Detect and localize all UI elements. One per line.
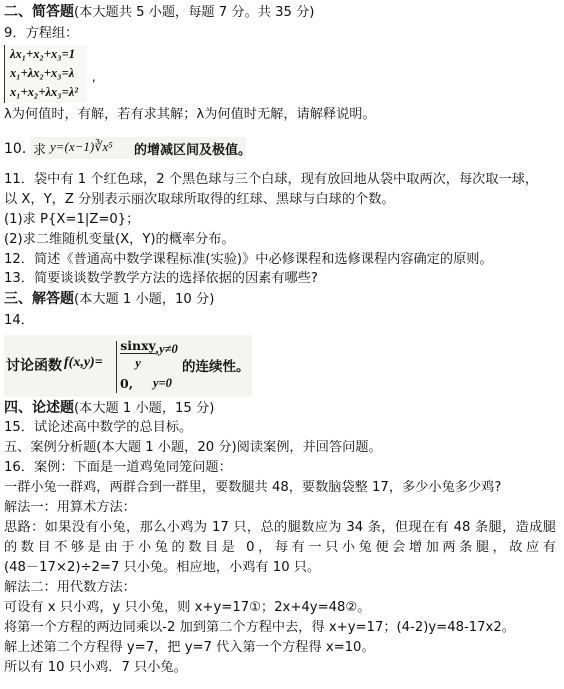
q9-equation-2: x₁+λx₂+x₃=λ	[10, 66, 74, 80]
section-2-title: 二、简答题	[4, 4, 74, 20]
section-2-header: 二、简答题(本大题共 5 小题，每题 7 分。共 35 分)	[4, 3, 314, 22]
q9-equation-3: x₁+x₂+λx₃=λ²	[10, 85, 78, 99]
q15-text: 15．试论述高中数学的总目标。	[4, 419, 192, 437]
q11-subquestion-2: (2)求二维随机变量(X，Y)的概率分布。	[4, 231, 235, 249]
section-3-note: (本大题 1 小题，10 分)	[74, 292, 214, 307]
q10-suffix: 的增减区间及极值。	[134, 139, 251, 158]
q14-numerator: sinxy	[120, 339, 156, 354]
q16-method-2-line-3: 解上述第二个方程得 y=7，把 y=7 代入第一个方程得 x=10。	[4, 639, 375, 657]
section-4-title: 四、论述题	[4, 400, 74, 416]
section-4-note: (本大题 1 小题，15 分)	[74, 401, 214, 416]
q16-problem: 一群小兔一群鸡，两群合到一群里，要数腿共 48，要数脑袋整 17，多少小兔多少鸡…	[4, 479, 501, 497]
q11-subquestion-1: (1)求 P{X=1|Z=0}；	[4, 211, 139, 229]
q14-suffix: 的连续性。	[182, 355, 250, 375]
q11-line-1: 11．袋中有 1 个红色球，2 个黑色球与三个白球，现有放回地从袋中取两次，每次…	[4, 171, 538, 189]
q16-intro: 16．案例：下面是一道鸡兔同笼问题：	[4, 459, 232, 477]
q14-case-2-condition: y=0	[153, 376, 172, 391]
q9-label: 9．方程组：	[4, 25, 78, 43]
q9-trailing-comma: ,	[92, 70, 96, 84]
q14-number: 14．	[4, 312, 34, 330]
q14-function-name: f(x,y)=	[64, 355, 103, 371]
q10-prefix: 求	[33, 139, 46, 158]
q12-text: 12．简述《普通高中数学课程标准(实验)》中必修课程和选修课程内容确定的原则。	[4, 251, 493, 269]
q16-method-1-line-3: (48－17×2)÷2=7 只小兔。相应地，小鸡有 10 只。	[4, 559, 320, 577]
q16-method-2-line-1: 可设有 x 只小鸡，y 只小兔，则 x+y=17①；2x+4y=48②。	[4, 599, 370, 617]
q14-case-1-condition: ,y≠0	[156, 342, 178, 357]
q9-equation-1: λx₁+x₂+x₃=1	[10, 47, 75, 61]
q16-method-1-title: 解法一：用算术方法：	[4, 499, 136, 517]
section-2-note: (本大题共 5 小题，每题 7 分。共 35 分)	[74, 5, 314, 20]
q16-method-2-title: 解法二：用代数方法：	[4, 579, 136, 597]
q14-case-2-value: 0,	[120, 376, 133, 391]
q11-line-2: 以 X，Y，Z 分别表示丽次取球所取得的红球、黑球与白球的个数。	[4, 191, 395, 209]
q14-brace	[116, 341, 117, 393]
q9-equation-system: λx₁+x₂+x₃=1 x₁+λx₂+x₃=λ x₁+x₂+λx₃=λ²	[4, 45, 87, 103]
section-3-title: 三、解答题	[4, 291, 74, 307]
q10-formula-image: 求 y=(x−1)∛x⁵ 的增减区间及极值。	[30, 137, 246, 159]
q9-question: λ为何值时，有解，若有求其解；λ为何值时无解，请解释说明。	[4, 106, 376, 124]
q14-function-image: 讨论函数 f(x,y)= sinxy y ,y≠0 0, y=0 的连续性。	[4, 335, 252, 397]
q13-text: 13．简要谈谈数学教学方法的选择依据的因素有哪些?	[4, 270, 318, 288]
q14-prefix: 讨论函数	[6, 355, 62, 375]
q16-method-2-line-2: 将第一个方程的两边同乘以-2 加到第二个方程中去，得 x+y=17；(4-2)y…	[4, 619, 515, 637]
q16-conclusion: 所以有 10 只小鸡．7 只小兔。	[4, 659, 187, 677]
q16-method-1-line-1: 思路：如果没有小兔，那么小鸡为 17 只，总的腿数应为 34 条，但现在有 48…	[4, 519, 556, 537]
q10-formula: y=(x−1)∛x⁵	[50, 139, 113, 155]
section-3-header: 三、解答题(本大题 1 小题，10 分)	[4, 290, 214, 309]
section-5-header: 五、案例分析题(本大题 1 小题，20 分)阅读案例，并回答问题。	[4, 439, 382, 457]
section-4-header: 四、论述题(本大题 1 小题，15 分)	[4, 399, 214, 418]
q16-method-1-line-2: 的数目不够是由于小兔的数目是 0，每有一只小兔便会增加两条腿，故应有	[4, 539, 556, 557]
q14-denominator: y	[120, 356, 156, 370]
